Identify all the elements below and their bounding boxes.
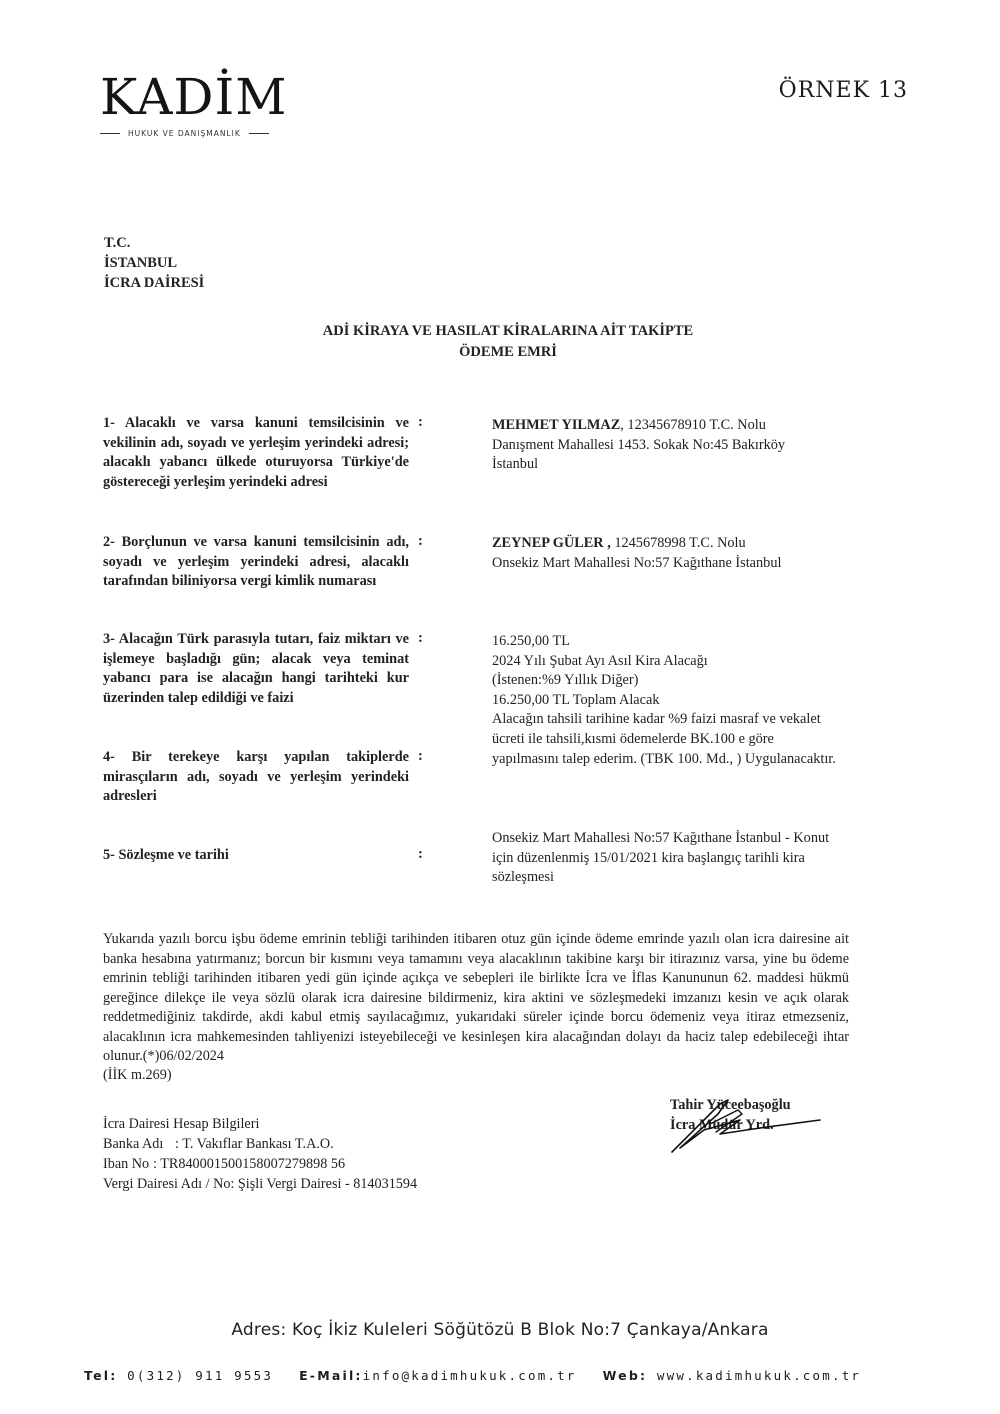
logo-tagline: HUKUK VE DANIŞMANLIK (100, 129, 305, 138)
debtor-id: 1245678998 T.C. Nolu (611, 535, 746, 551)
section-4-colon: : (418, 748, 423, 765)
section-3-label: 3- Alacağın Türk parasıyla tutarı, faiz … (103, 630, 409, 708)
section-2-colon: : (418, 533, 423, 550)
iban-row: Iban No: TR840001500158007279898 56 (103, 1154, 417, 1174)
creditor-name: MEHMET YILMAZ (492, 417, 620, 433)
document-title: ADİ KİRAYA VE HASILAT KİRALARINA AİT TAK… (0, 321, 1000, 363)
authority-line-office: İCRA DAİRESİ (104, 273, 204, 293)
legal-reference: (İİK m.269) (103, 1067, 172, 1084)
signature-block: Tahir Yüceebaşoğlu İcra Müdür Yrd. (670, 1095, 791, 1135)
claim-terms-line2: ücreti ile tahsili,kısmi ödemelerde BK.1… (492, 730, 862, 750)
debtor-name: ZEYNEP GÜLER , (492, 535, 611, 551)
claim-terms-line1: Alacağın tahsili tarihine kadar %9 faizi… (492, 710, 862, 730)
email-value: info@kadimhukuk.com.tr (363, 1368, 577, 1383)
signatory-name: Tahir Yüceebaşoğlu (670, 1095, 791, 1115)
authority-line-city: İSTANBUL (104, 253, 204, 273)
bank-account-info: İcra Dairesi Hesap Bilgileri Banka Adı: … (103, 1114, 417, 1194)
bank-name-row: Banka Adı: T. Vakıflar Bankası T.A.O. (103, 1134, 417, 1154)
section-3-value: 16.250,00 TL 2024 Yılı Şubat Ayı Asıl Ki… (492, 632, 862, 769)
phone-value: 0(312) 911 9553 (127, 1368, 273, 1383)
section-1-value: MEHMET YILMAZ, 12345678910 T.C. Nolu Dan… (492, 416, 862, 475)
logo-tagline-text: HUKUK VE DANIŞMANLIK (128, 129, 241, 138)
phone-label: Tel: (84, 1368, 117, 1383)
claim-amount: 16.250,00 TL (492, 632, 862, 652)
section-5-colon: : (418, 846, 423, 863)
iban-value: : TR840001500158007279898 56 (153, 1156, 345, 1172)
web-label: Web: (603, 1368, 648, 1383)
bank-info-heading: İcra Dairesi Hesap Bilgileri (103, 1114, 417, 1134)
authority-line-country: T.C. (104, 233, 204, 253)
tax-office-label: Vergi Dairesi Adı / No: (103, 1176, 234, 1192)
contract-line3: sözleşmesi (492, 868, 862, 888)
company-logo: KADİM HUKUK VE DANIŞMANLIK (100, 72, 305, 138)
creditor-address-line2: İstanbul (492, 455, 862, 475)
contract-line1: Onsekiz Mart Mahallesi No:57 Kağıthane İ… (492, 829, 862, 849)
footer-contact: Tel: 0(312) 911 9553E-Mail:info@kadimhuk… (84, 1368, 861, 1383)
section-2-value: ZEYNEP GÜLER , 1245678998 T.C. Nolu Onse… (492, 534, 862, 573)
creditor-address-line1: Danışment Mahallesi 1453. Sokak No:45 Ba… (492, 436, 862, 456)
section-4-label: 4- Bir terekeye karşı yapılan takiplerde… (103, 748, 409, 807)
tax-office-value: Şişli Vergi Dairesi - 814031594 (238, 1176, 417, 1192)
signatory-title: İcra Müdür Yrd. (670, 1115, 791, 1135)
section-3-colon: : (418, 630, 423, 647)
sample-number-label: ÖRNEK 13 (779, 78, 908, 103)
claim-description: 2024 Yılı Şubat Ayı Asıl Kira Alacağı (492, 652, 862, 672)
claim-interest-rate: (İstenen:%9 Yıllık Diğer) (492, 671, 862, 691)
email-label: E-Mail: (299, 1368, 363, 1383)
legal-notice-paragraph: Yukarıda yazılı borcu işbu ödeme emrinin… (103, 930, 849, 1067)
debtor-address: Onsekiz Mart Mahallesi No:57 Kağıthane İ… (492, 554, 862, 574)
bank-name-label: Banka Adı (103, 1134, 175, 1154)
issuing-authority: T.C. İSTANBUL İCRA DAİRESİ (104, 233, 204, 293)
document-title-line2: ÖDEME EMRİ (0, 342, 1000, 363)
tax-office-row: Vergi Dairesi Adı / No: Şişli Vergi Dair… (103, 1174, 417, 1194)
iban-label: Iban No (103, 1154, 153, 1174)
footer-address: Adres: Koç İkiz Kuleleri Söğütözü B Blok… (0, 1320, 1000, 1340)
logo-rule-left (100, 133, 120, 134)
claim-total: 16.250,00 TL Toplam Alacak (492, 691, 862, 711)
contract-line2: için düzenlenmiş 15/01/2021 kira başlang… (492, 849, 862, 869)
logo-rule-right (249, 133, 269, 134)
creditor-id: , 12345678910 T.C. Nolu (620, 417, 766, 433)
claim-terms-line3: yapılmasını talep ederim. (TBK 100. Md.,… (492, 750, 862, 770)
bank-name-value: : T. Vakıflar Bankası T.A.O. (175, 1136, 334, 1152)
section-2-label: 2- Borçlunun ve varsa kanuni temsilcisin… (103, 533, 409, 592)
web-value: www.kadimhukuk.com.tr (657, 1368, 861, 1383)
section-1-colon: : (418, 414, 423, 431)
section-5-value: Onsekiz Mart Mahallesi No:57 Kağıthane İ… (492, 829, 862, 888)
logo-wordmark: KADİM (100, 72, 305, 122)
document-title-line1: ADİ KİRAYA VE HASILAT KİRALARINA AİT TAK… (0, 321, 1000, 342)
section-5-label: 5- Sözleşme ve tarihi (103, 846, 409, 866)
section-1-label: 1- Alacaklı ve varsa kanuni temsilcisini… (103, 414, 409, 492)
